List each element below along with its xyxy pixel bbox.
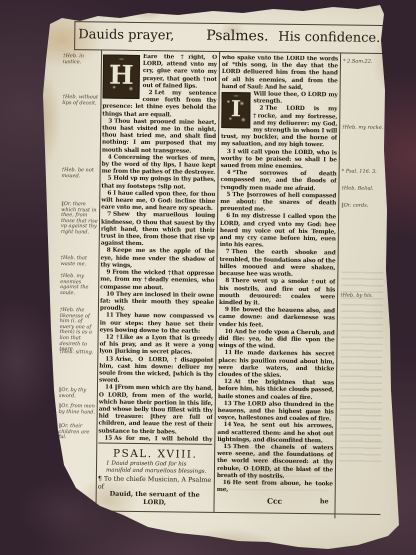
verse: 11He made darkenes his secret place: his… — [218, 350, 334, 380]
verse-text: The ‖sorrowes of hell compassed me about… — [220, 192, 336, 213]
verse: 4Concerning the workes of men, by the wo… — [102, 154, 216, 177]
verse-number: 3 — [227, 149, 231, 155]
verse-number: 10 — [106, 291, 114, 297]
psalm17-opening-text: Eare the †right, O LORD, attend vnto my … — [143, 54, 217, 89]
verse: 6I haue called vpon thee, for thou wilt … — [101, 190, 215, 213]
verse: 7Shew thy marueilous louing kindnesse, O… — [101, 212, 215, 249]
gathering-signature: Ccc — [217, 496, 333, 506]
verse: 14Yea, he sent out his arrowes, and scat… — [217, 422, 333, 445]
psalm18-title-continuation: who spake vnto the LORD the words of *th… — [222, 55, 338, 92]
verse: 13Arise, O LORD, †disappoint him, cast h… — [99, 356, 213, 386]
psalm18-argument: 1 Dauid praiseth God for his manifold an… — [106, 461, 212, 475]
psalm17-verses: 2Let my sentence come forth from thy pre… — [98, 90, 216, 443]
margin-note: †Heb. without lips of deceit. — [62, 95, 99, 107]
margin-note: ‖Or, their children are ful. — [58, 424, 95, 441]
verse-text: Yea, he sent out his arrowes, and scatte… — [217, 423, 333, 444]
verse-number: 13 — [105, 356, 113, 362]
verse: 15Then the chanels of waters were seene,… — [217, 444, 333, 481]
psalm18-heading: PSAL. XVIII. — [98, 448, 212, 461]
rule-above-psalm18 — [98, 443, 212, 445]
paper-leaf: Dauids prayer, Psalmes. His confidence. … — [28, 0, 416, 555]
margin-note: †Heb. be not moued. — [62, 168, 99, 180]
running-header-title: Psalmes. — [206, 28, 268, 45]
verse-number: 2 — [259, 106, 263, 112]
verse-number: 8 — [225, 278, 229, 284]
psalm18-heading-section: PSAL. XVIII. 1 Dauid praiseth God for hi… — [98, 446, 213, 508]
verse-text: Then the chanels of waters were seene, a… — [217, 444, 333, 479]
psalm18-title-line2: Dauid, the seruant of the LORD, — [98, 491, 212, 508]
psalm17-column: HEare the †right, O LORD, attend vnto my… — [98, 54, 217, 443]
verse-number: 11 — [224, 350, 232, 356]
verse-number: 8 — [107, 248, 111, 254]
psalm18-column: who spake vnto the LORD the words of *th… — [217, 55, 338, 494]
verse-text: †Like as a Lyon that is greedy of his pr… — [99, 335, 213, 356]
photo-of-bible-leaf: Dauids prayer, Psalmes. His confidence. … — [0, 0, 416, 555]
margin-note: †Heb. my rocke. — [342, 125, 384, 131]
verse-text: Keepe me as the apple of the eye, hide m… — [100, 248, 214, 269]
left-margin-notes: †Heb. in iustice.†Heb. without lips of d… — [57, 50, 100, 508]
verse-number: 9 — [225, 307, 229, 313]
rule-header-left-end — [74, 21, 75, 50]
verse-number: 2 — [149, 90, 153, 96]
psalm18-opening-text: Will loue thee, O LORD my strength. — [253, 91, 337, 105]
verse-text: Concerning the workes of men, by the wor… — [102, 155, 216, 177]
margin-note: †Heb. by his. — [340, 293, 382, 299]
verse-number: 10 — [225, 329, 233, 335]
verse: 16He sent from aboue, he tooke me, — [217, 480, 333, 494]
verse: 8Keepe me as the apple of the eye, hide … — [100, 248, 214, 271]
verse: 3I will call vpon the LORD, who is worth… — [221, 149, 337, 172]
verse-number: 7 — [107, 212, 111, 218]
verse: 3Thou hast prooued mine heart, thou hast… — [102, 118, 216, 155]
verse-text: Thou hast prooued mine heart, thou hast … — [102, 119, 216, 155]
margin-note: †Heb. in iustice. — [63, 54, 100, 66]
verse: 9He bowed the heauens also, and came dow… — [219, 307, 335, 330]
verse-text: He bowed the heauens also, and came down… — [219, 307, 335, 328]
verse: 9From the wicked †that oppresse me, from… — [100, 270, 214, 293]
verse-number: 11 — [106, 313, 114, 319]
verse-text: He sent from aboue, he tooke me, — [217, 480, 333, 493]
verse: 13The LORD also thundred in the heauens,… — [218, 401, 334, 424]
verse-text: ‖From men which are thy hand, O LORD, fr… — [98, 385, 213, 435]
margin-note: ‖Or, from men by thine hand. — [59, 404, 96, 416]
catchword: he — [320, 497, 329, 505]
verse-number: 6 — [226, 214, 230, 220]
margin-note: †Heb. Belial. — [341, 186, 383, 192]
verse-text: Arise, O LORD, †disappoint him, cast him… — [99, 356, 213, 384]
woodcut-initial-I: I — [221, 92, 250, 128]
margin-note: ‖Or, by thy sword. — [59, 388, 96, 400]
printed-text-block: Dauids prayer, Psalmes. His confidence. … — [28, 0, 416, 555]
verse: 12†Like as a Lyon that is greedy of his … — [99, 334, 213, 357]
verse-number: 4 — [227, 170, 231, 176]
verse-number: 5 — [107, 176, 111, 182]
footer-row: Ccc he — [217, 496, 333, 507]
verse: 4*The sorrowes of death compassed me, an… — [220, 170, 336, 193]
verse-text: Hold vp my goings in thy pathes, that my… — [101, 176, 215, 190]
verse-text: They haue now compassed vs in our steps:… — [100, 313, 214, 334]
margin-note: †Heb. my enemies against the soule. — [60, 274, 97, 297]
margin-note: * 2.Sam.22. — [343, 59, 385, 65]
verse-number: 15 — [104, 435, 112, 441]
verse: 10They are inclosed in their owne fat: w… — [100, 291, 214, 314]
verse: 11They haue now compassed vs in our step… — [100, 313, 214, 336]
verse-text: Then the earth shooke and trembled, the … — [219, 250, 335, 278]
psalm17-opening: HEare the †right, O LORD, attend vnto my… — [103, 54, 217, 91]
running-header-left: Dauids prayer, — [78, 27, 174, 43]
verse-number: 6 — [107, 190, 111, 196]
verse-text: There went vp a smoke †out of his nostri… — [219, 278, 335, 306]
verse-number: 13 — [224, 401, 232, 407]
verse-number: 16 — [223, 480, 231, 486]
verse-number: 12 — [224, 379, 232, 385]
verse-text: I haue called vpon thee, for thou wilt h… — [101, 191, 215, 213]
verse-text: I will call vpon the LORD, who is worthy… — [221, 149, 337, 170]
margin-note: †Heb. the likenesse of him (i. of euery … — [59, 308, 97, 353]
verse-text: From the wicked †that oppresse me, from … — [100, 270, 214, 291]
verse-text: In my distresse I called vpon the LORD, … — [220, 214, 336, 249]
verse-number: 14 — [223, 422, 231, 428]
verse: 10And he rode vpon a Cherub, and did fli… — [218, 329, 334, 352]
woodcut-initial-H: H — [103, 55, 141, 99]
verse-number: 3 — [108, 118, 112, 124]
verse-text: The LORD also thundred in the heauens, a… — [218, 401, 334, 423]
verse: 7Then the earth shooke and trembled, the… — [219, 249, 335, 279]
verse-number: 5 — [226, 192, 230, 198]
margin-note: ‖Or, cords. — [341, 203, 383, 209]
verse-text: He made darkenes his secret place: his p… — [218, 350, 334, 378]
verse: 5Hold vp my goings in thy pathes, that m… — [101, 176, 215, 192]
verse-number: 15 — [223, 444, 231, 450]
verse-text: They are inclosed in their owne fat: wit… — [100, 291, 214, 312]
running-header-right: His confidence. — [278, 30, 380, 46]
verse-number: 9 — [106, 270, 110, 276]
rule-header-right-end — [382, 25, 383, 54]
margin-note: †Heb. that waste me. — [60, 256, 97, 268]
verse: 5The ‖sorrowes of hell compassed me abou… — [220, 192, 336, 215]
right-margin-notes: * 2.Sam.22.†Heb. my rocke.* Psal. 116. 3… — [337, 53, 385, 513]
verse-text: Shew thy marueilous louing kindnesse, O … — [101, 212, 215, 247]
verse-text: And he rode vpon a Cherub, and did flie:… — [218, 329, 334, 350]
margin-note: * Psal. 116. 3. — [342, 169, 384, 175]
rule-top — [74, 21, 382, 26]
verse-text: *The sorrowes of death compassed me, and… — [220, 170, 336, 191]
verse-number: 12 — [106, 335, 114, 341]
verse-text: At the brightnes that was before him, hi… — [218, 379, 334, 400]
verse: 8There went vp a smoke †out of his nostr… — [219, 278, 335, 308]
verse-number: 14 — [105, 385, 113, 391]
verse: 12At the brightnes that was before him, … — [218, 379, 334, 402]
verse: 6In my distresse I called vpon the LORD,… — [220, 213, 336, 250]
margin-note: ‖Or, them which trust in thee, from thos… — [61, 202, 98, 236]
margin-note: †Heb. sitting. — [59, 350, 96, 356]
verse-number: 7 — [226, 250, 230, 256]
psalm18-verses: 2The LORD is my †rocke, and my fortresse… — [217, 105, 338, 494]
verse: 14‖From men which are thy hand, O LORD, … — [98, 385, 213, 437]
psalm18-opening: IWill loue thee, O LORD my strength. — [221, 91, 337, 107]
verse-number: 4 — [108, 154, 112, 160]
